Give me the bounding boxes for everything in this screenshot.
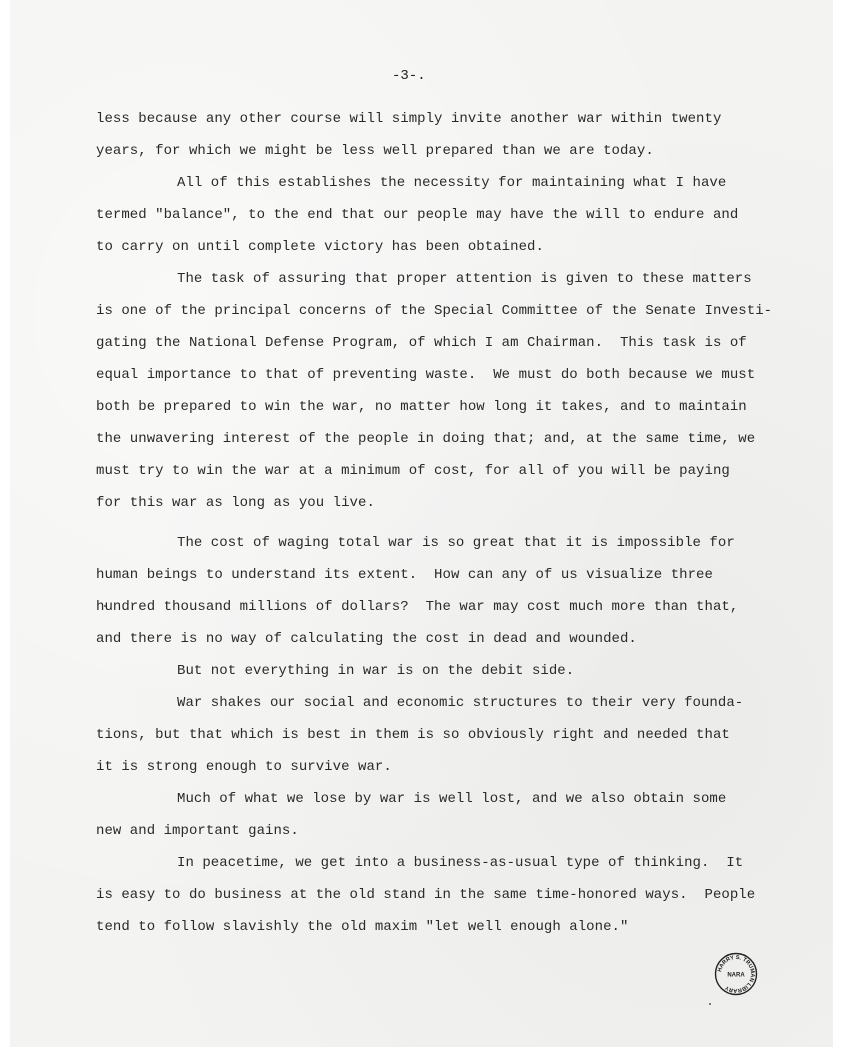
page-number: -3-. [392,68,426,84]
text-line: it is strong enough to survive war. [96,758,392,776]
text-line: But not everything in war is on the debi… [177,662,574,680]
text-line: War shakes our social and economic struc… [177,694,743,712]
paper-speck [104,605,106,607]
archive-stamp-icon: HARRY S. TRUMAN LIBRARY NARA [714,952,758,996]
text-line: human beings to understand its extent. H… [96,566,713,584]
text-line: must try to win the war at a minimum of … [96,462,730,480]
paper-speck [709,1003,711,1005]
text-line: is easy to do business at the old stand … [96,886,755,904]
text-line: Much of what we lose by war is well lost… [177,790,726,808]
text-line: less because any other course will simpl… [96,110,721,128]
document-page: -3-. less because any other course will … [10,0,833,1047]
text-line: and there is no way of calculating the c… [96,630,637,648]
text-line: for this war as long as you live. [96,494,375,512]
text-line: new and important gains. [96,822,299,840]
text-line: The task of assuring that proper attenti… [177,270,752,288]
text-line: the unwavering interest of the people in… [96,430,755,448]
text-line: to carry on until complete victory has b… [96,238,544,256]
text-line: tions, but that which is best in them is… [96,726,730,744]
text-line: All of this establishes the necessity fo… [177,174,726,192]
text-line: both be prepared to win the war, no matt… [96,398,747,416]
text-line: is one of the principal concerns of the … [96,302,772,320]
text-line: years, for which we might be less well p… [96,142,654,160]
text-line: gating the National Defense Program, of … [96,334,747,352]
text-line: termed "balance", to the end that our pe… [96,206,738,224]
text-line: equal importance to that of preventing w… [96,366,755,384]
text-line: tend to follow slavishly the old maxim "… [96,918,628,936]
text-line: The cost of waging total war is so great… [177,534,735,552]
stamp-center-text: NARA [727,973,745,979]
text-line: In peacetime, we get into a business-as-… [177,854,743,872]
text-line: hundred thousand millions of dollars? Th… [96,598,738,616]
